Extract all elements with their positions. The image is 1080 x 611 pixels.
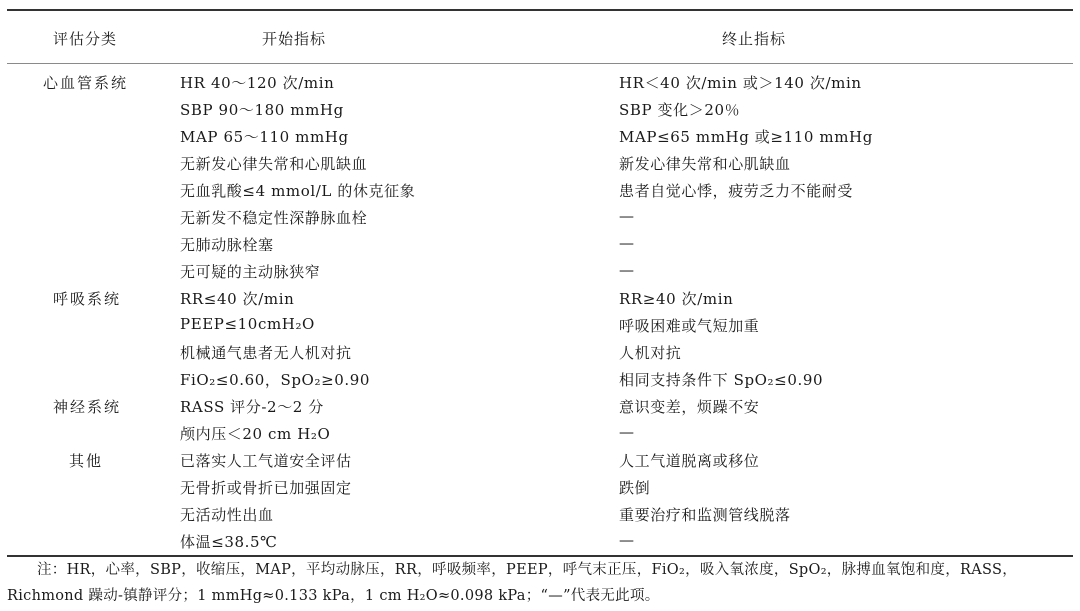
start-cell: HR 40～120 次/min xyxy=(180,72,334,93)
start-cell: RR≤40 次/min xyxy=(180,288,294,309)
table-row: MAP 65～110 mmHgMAP≤65 mmHg 或≥110 mmHg xyxy=(7,122,1073,149)
end-cell: 新发心律失常和心肌缺血 xyxy=(619,153,791,174)
start-cell: 无可疑的主动脉狭窄 xyxy=(180,261,320,282)
end-cell: 重要治疗和监测管线脱落 xyxy=(619,504,791,525)
table-row: 无新发不稳定性深静脉血栓— xyxy=(7,203,1073,230)
table-row: 心血管系统HR 40～120 次/minHR＜40 次/min 或＞140 次/… xyxy=(7,68,1073,95)
header-end-criteria: 终止指标 xyxy=(722,28,786,49)
start-cell: 无肺动脉栓塞 xyxy=(180,234,274,255)
criteria-table: 评估分类 开始指标 终止指标 心血管系统HR 40～120 次/minHR＜40… xyxy=(7,9,1073,557)
start-cell: 无血乳酸≤4 mmol/L 的休克征象 xyxy=(180,180,415,201)
table-row: 颅内压＜20 cm H₂O— xyxy=(7,419,1073,446)
footnote-line-1: 注：HR，心率，SBP，收缩压，MAP，平均动脉压，RR，呼吸频率，PEEP，呼… xyxy=(7,557,1073,583)
table-row: FiO₂≤0.60，SpO₂≥0.90相同支持条件下 SpO₂≤0.90 xyxy=(7,365,1073,392)
table-row: 无活动性出血重要治疗和监测管线脱落 xyxy=(7,500,1073,527)
end-cell: MAP≤65 mmHg 或≥110 mmHg xyxy=(619,126,873,147)
end-cell: RR≥40 次/min xyxy=(619,288,733,309)
category-cell: 神经系统 xyxy=(53,396,121,417)
category-cell: 心血管系统 xyxy=(43,72,128,93)
start-cell: 体温≤38.5℃ xyxy=(180,531,278,552)
header-category: 评估分类 xyxy=(53,28,117,49)
footnote-line-2: Richmond 躁动-镇静评分；1 mmHg≈0.133 kPa，1 cm H… xyxy=(7,583,1073,609)
end-cell: 人工气道脱离或移位 xyxy=(619,450,759,471)
end-cell: 患者自觉心悸，疲劳乏力不能耐受 xyxy=(619,180,853,201)
table-row: SBP 90～180 mmHgSBP 变化＞20％ xyxy=(7,95,1073,122)
category-cell: 呼吸系统 xyxy=(53,288,121,309)
header-start-criteria: 开始指标 xyxy=(262,28,326,49)
table-row: 无可疑的主动脉狭窄— xyxy=(7,257,1073,284)
start-cell: 颅内压＜20 cm H₂O xyxy=(180,423,330,444)
table-row: 无血乳酸≤4 mmol/L 的休克征象患者自觉心悸，疲劳乏力不能耐受 xyxy=(7,176,1073,203)
start-cell: 机械通气患者无人机对抗 xyxy=(180,342,352,363)
end-cell: — xyxy=(619,261,635,279)
start-cell: SBP 90～180 mmHg xyxy=(180,99,344,120)
table-row: 无新发心律失常和心肌缺血新发心律失常和心肌缺血 xyxy=(7,149,1073,176)
end-cell: 相同支持条件下 SpO₂≤0.90 xyxy=(619,369,823,390)
start-cell: 已落实人工气道安全评估 xyxy=(180,450,352,471)
start-cell: RASS 评分-2～2 分 xyxy=(180,396,324,417)
end-cell: — xyxy=(619,423,635,441)
end-cell: 人机对抗 xyxy=(619,342,681,363)
end-cell: SBP 变化＞20％ xyxy=(619,99,740,120)
start-cell: MAP 65～110 mmHg xyxy=(180,126,349,147)
end-cell: — xyxy=(619,234,635,252)
table-row: 体温≤38.5℃— xyxy=(7,527,1073,554)
table-row: PEEP≤10cmH₂O呼吸困难或气短加重 xyxy=(7,311,1073,338)
table-row: 呼吸系统RR≤40 次/minRR≥40 次/min xyxy=(7,284,1073,311)
end-cell: 呼吸困难或气短加重 xyxy=(619,315,759,336)
start-cell: 无活动性出血 xyxy=(180,504,274,525)
table-row: 其他已落实人工气道安全评估人工气道脱离或移位 xyxy=(7,446,1073,473)
table-row: 机械通气患者无人机对抗人机对抗 xyxy=(7,338,1073,365)
end-cell: HR＜40 次/min 或＞140 次/min xyxy=(619,72,862,93)
table-row: 神经系统RASS 评分-2～2 分意识变差，烦躁不安 xyxy=(7,392,1073,419)
end-cell: — xyxy=(619,531,635,549)
end-cell: — xyxy=(619,207,635,225)
start-cell: 无新发心律失常和心肌缺血 xyxy=(180,153,367,174)
table-header: 评估分类 开始指标 终止指标 xyxy=(7,11,1073,64)
category-cell: 其他 xyxy=(69,450,103,471)
start-cell: 无骨折或骨折已加强固定 xyxy=(180,477,352,498)
end-cell: 意识变差，烦躁不安 xyxy=(619,396,759,417)
start-cell: 无新发不稳定性深静脉血栓 xyxy=(180,207,367,228)
table-row: 无肺动脉栓塞— xyxy=(7,230,1073,257)
table-body: 心血管系统HR 40～120 次/minHR＜40 次/min 或＞140 次/… xyxy=(7,64,1073,554)
table-row: 无骨折或骨折已加强固定跌倒 xyxy=(7,473,1073,500)
table-footnote: 注：HR，心率，SBP，收缩压，MAP，平均动脉压，RR，呼吸频率，PEEP，呼… xyxy=(7,557,1073,609)
end-cell: 跌倒 xyxy=(619,477,650,498)
start-cell: PEEP≤10cmH₂O xyxy=(180,315,315,333)
start-cell: FiO₂≤0.60，SpO₂≥0.90 xyxy=(180,369,370,390)
